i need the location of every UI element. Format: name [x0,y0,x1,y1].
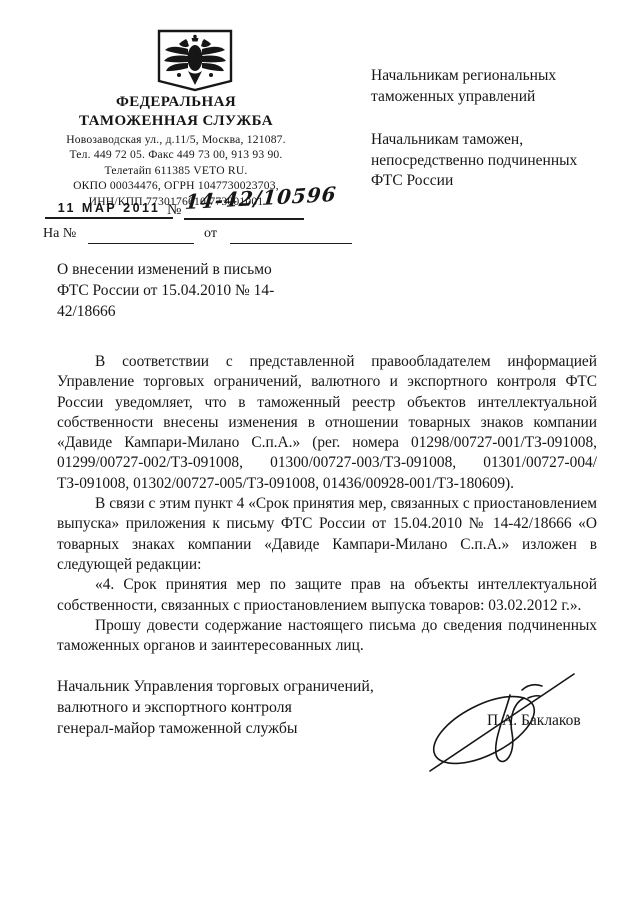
date-stamp-line: 11 МАР 2011 [45,199,173,219]
org-teletype: Телетайп 611385 VETO RU. [30,163,322,178]
org-name: ФЕДЕРАЛЬНАЯ ТАМОЖЕННАЯ СЛУЖБА [34,93,318,131]
signer-position: Начальник Управления торговых ограничени… [57,677,417,739]
addressee-customs-heads: Начальникам таможен, непосредственно под… [371,130,603,192]
body-paragraph: В соответствии с представленной правообл… [57,352,597,494]
incoming-number-label: На № [43,226,76,242]
fts-emblem [157,29,233,93]
outgoing-number-line: 14-42/10596 [184,190,304,220]
number-sign-label: № [167,202,181,219]
addressee-regional-departments: Начальникам региональных таможенных упра… [371,66,603,107]
letter-subject: О внесении изменений в письмо ФТС России… [57,259,367,322]
body-paragraph: Прошу довести содержание настоящего пись… [57,616,597,657]
body-paragraph: «4. Срок принятия мер по защите прав на … [57,575,597,616]
incoming-date-label: от [204,226,217,242]
body-paragraph: В связи с этим пункт 4 «Срок принятия ме… [57,494,597,575]
org-address: Новозаводская ул., д.11/5, Москва, 12108… [30,132,322,147]
scanned-letter-page: ФЕДЕРАЛЬНАЯ ТАМОЖЕННАЯ СЛУЖБА Новозаводс… [0,0,640,900]
incoming-number-blank [88,227,194,244]
double-headed-eagle-icon [157,29,233,93]
org-phone-fax: Тел. 449 72 05. Факс 449 73 00, 913 93 9… [30,147,322,162]
date-stamp: 11 МАР 2011 [58,201,161,215]
incoming-date-blank [230,227,352,244]
letter-body: В соответствии с представленной правообл… [57,352,597,656]
signer-name: П.А. Баклаков [487,712,581,730]
